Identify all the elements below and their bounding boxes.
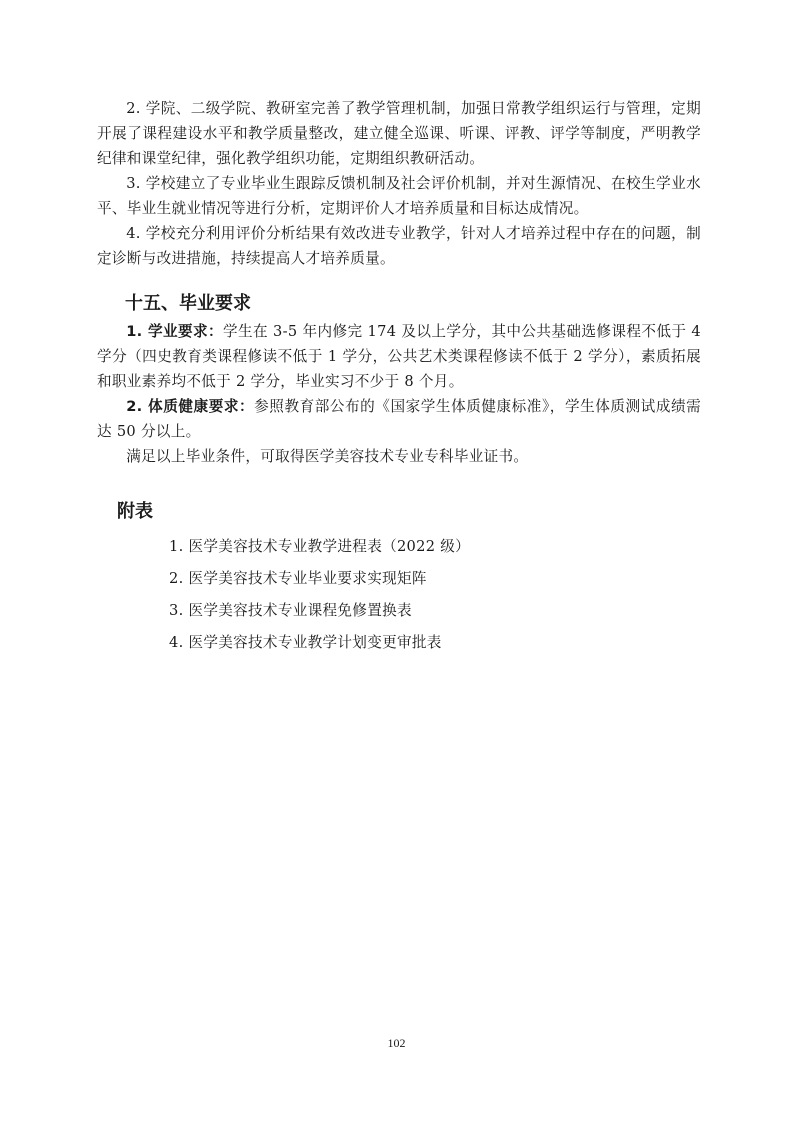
appendix-item: 4. 医学美容技术专业教学计划变更审批表	[169, 627, 701, 659]
paragraph-item-3: 3. 学校建立了专业毕业生跟踪反馈机制及社会评价机制，并对生源情况、在校生学业水…	[97, 171, 701, 221]
document-page: 2. 学院、二级学院、教研室完善了教学管理机制，加强日常教学组织运行与管理，定期…	[97, 96, 701, 659]
appendix-item: 3. 医学美容技术专业课程免修置换表	[169, 595, 701, 627]
requirement-physical: 2. 体质健康要求：参照教育部公布的《国家学生体质健康标准》，学生体质测试成绩需…	[97, 394, 701, 444]
page-number: 102	[0, 1036, 793, 1051]
conclusion-text: 满足以上毕业条件，可取得医学美容技术专业专科毕业证书。	[97, 444, 701, 469]
appendix-item: 1. 医学美容技术专业教学进程表（2022 级）	[169, 531, 701, 563]
appendix-list: 1. 医学美容技术专业教学进程表（2022 级） 2. 医学美容技术专业毕业要求…	[97, 531, 701, 659]
requirement-label: 2. 体质健康要求：	[126, 398, 254, 415]
requirement-label: 1. 学业要求：	[126, 323, 223, 340]
paragraph-item-2: 2. 学院、二级学院、教研室完善了教学管理机制，加强日常教学组织运行与管理，定期…	[97, 96, 701, 171]
requirement-academic: 1. 学业要求：学生在 3-5 年内修完 174 及以上学分，其中公共基础选修课…	[97, 319, 701, 394]
paragraph-item-4: 4. 学校充分利用评价分析结果有效改进专业教学，针对人才培养过程中存在的问题，制…	[97, 221, 701, 271]
appendix-item: 2. 医学美容技术专业毕业要求实现矩阵	[169, 563, 701, 595]
appendix-heading: 附表	[97, 497, 701, 527]
section-heading-graduation-requirements: 十五、毕业要求	[97, 289, 701, 319]
